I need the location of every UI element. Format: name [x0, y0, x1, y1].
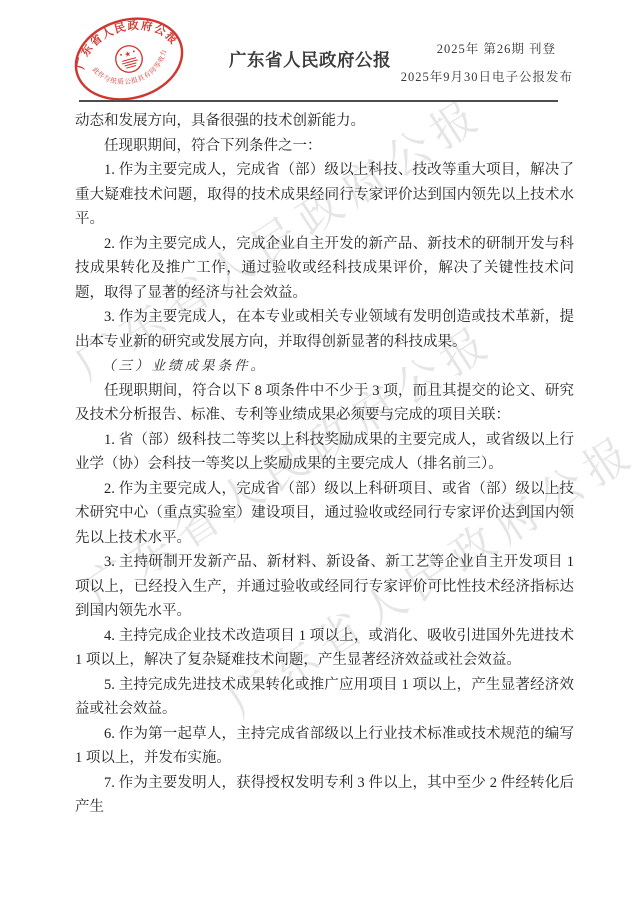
body-paragraph: （三）业绩成果条件。: [75, 354, 574, 379]
official-seal: 广东省人民政府公报 此件与纸质公报具有同等效力 ★: [63, 4, 195, 115]
body-paragraph: 2. 作为主要完成人，完成企业自主开发的新产品、新技术的研制开发与科技成果转化及…: [75, 232, 574, 306]
body-paragraph: 任现职期间，符合下列条件之一：: [75, 134, 574, 159]
body-paragraph: 7. 作为主要发明人，获得授权发明专利 3 件以上，其中至少 2 件经转化后产生: [75, 771, 574, 820]
document-body: 动态和发展方向，具备很强的技术创新能力。任现职期间，符合下列条件之一：1. 作为…: [75, 109, 574, 820]
body-paragraph: 4. 主持完成企业技术改造项目 1 项以上，或消化、吸收引进国外先进技术 1 项…: [75, 624, 574, 673]
body-paragraph: 任现职期间，符合以下 8 项条件中不少于 3 项，而且其提交的论文、研究及技术分…: [75, 379, 574, 428]
body-paragraph: 1. 省（部）级科技二等奖以上科技奖励成果的主要完成人，或省级以上行业学（协）会…: [75, 428, 574, 477]
body-paragraph: 5. 主持完成先进技术成果转化或推广应用项目 1 项以上，产生显著经济效益或社会…: [75, 673, 574, 722]
header-issue-info: 2025年 第26期 刊登 2025年9月30日电子公报发布: [401, 35, 573, 91]
header-divider: [79, 100, 558, 102]
gazette-page: 广东省人民政府公报 广东省人民政府公报 广东省人民政府公报 广东省人民政府公报 …: [0, 0, 639, 903]
body-paragraph: 动态和发展方向，具备很强的技术创新能力。: [75, 109, 574, 134]
body-paragraph: 2. 作为主要完成人，完成省（部）级以上科研项目、或省（部）级以上技术研究中心（…: [75, 477, 574, 551]
body-paragraph: 6. 作为第一起草人，主持完成省部级以上行业技术标准或技术规范的编写 1 项以上…: [75, 722, 574, 771]
page-title: 广东省人民政府公报: [229, 47, 389, 72]
svg-text:★: ★: [123, 49, 132, 60]
publish-date-line: 2025年9月30日电子公报发布: [401, 63, 573, 91]
issue-line: 2025年 第26期 刊登: [401, 35, 573, 63]
body-paragraph: 3. 主持研制开发新产品、新材料、新设备、新工艺等企业自主开发项目 1 项以上，…: [75, 550, 574, 624]
national-emblem-icon: ★: [113, 43, 145, 75]
body-paragraph: 1. 作为主要完成人，完成省（部）级以上科技、技改等重大项目，解决了重大疑难技术…: [75, 158, 574, 232]
official-seal-graphic: 广东省人民政府公报 此件与纸质公报具有同等效力 ★: [63, 4, 195, 115]
body-paragraph: 3. 作为主要完成人，在本专业或相关专业领域有发明创造或技术革新，提出本专业新的…: [75, 305, 574, 354]
